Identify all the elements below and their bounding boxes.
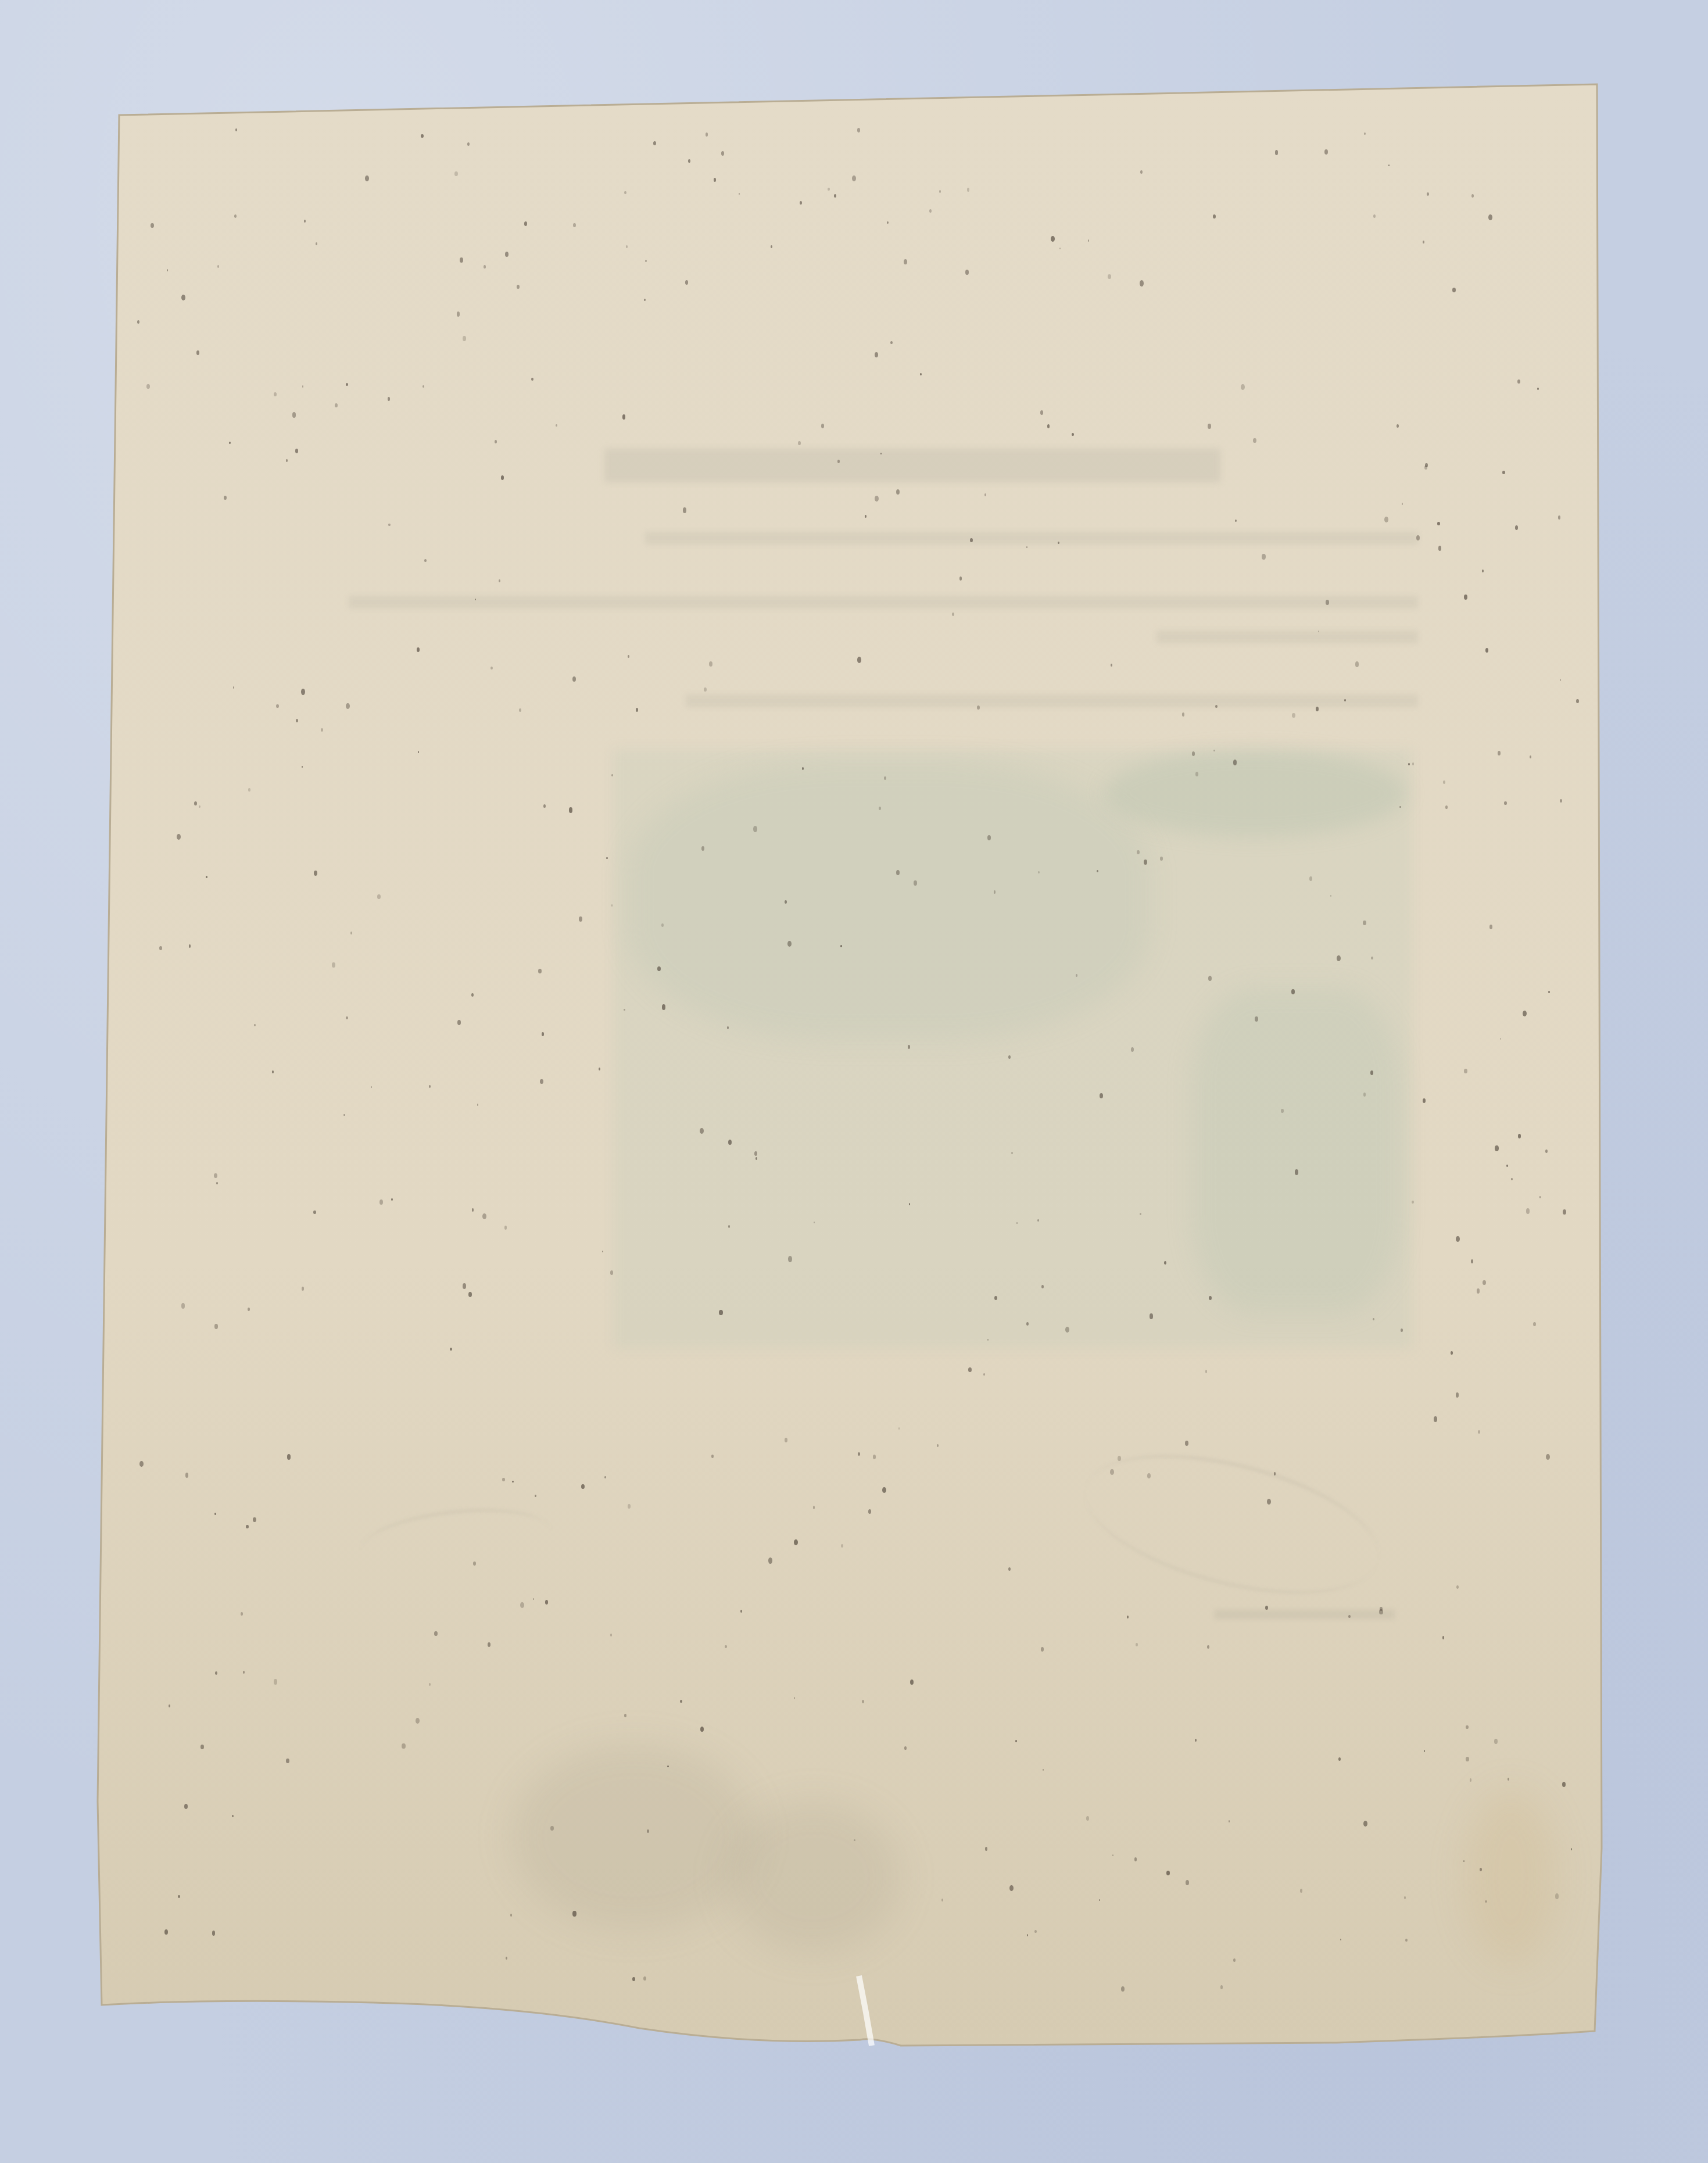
paper-speck	[573, 223, 576, 227]
paper-speck	[967, 188, 970, 192]
paper-speck	[857, 657, 861, 662]
paper-speck	[538, 969, 541, 973]
paper-speck	[350, 932, 352, 934]
paper-speck	[1192, 751, 1195, 756]
paper-speck	[1011, 1152, 1012, 1154]
paper-speck	[904, 1746, 907, 1750]
paper-speck	[1086, 1816, 1089, 1821]
paper-speck	[1494, 1739, 1498, 1743]
paper-speck	[1425, 463, 1427, 467]
paper-speck	[604, 1476, 606, 1478]
bleed-through-text-line	[686, 694, 1418, 707]
paper-speck	[504, 1226, 507, 1230]
paper-speck	[473, 1562, 476, 1566]
paper-speck	[178, 1895, 180, 1898]
paper-speck	[1370, 1070, 1373, 1075]
water-stain	[1464, 1790, 1557, 1964]
paper-speck	[1517, 379, 1520, 384]
paper-speck	[241, 1612, 243, 1616]
paper-speck	[234, 214, 237, 217]
paper-speck	[181, 295, 185, 300]
paper-speck	[490, 667, 492, 669]
paper-speck	[908, 1045, 910, 1048]
paper-speck	[1348, 1615, 1350, 1618]
paper-speck	[512, 1481, 513, 1483]
paper-speck	[1405, 1939, 1408, 1942]
paper-speck	[828, 188, 829, 191]
paper-speck	[434, 1631, 437, 1636]
water-stain	[726, 1802, 901, 1953]
paper-speck	[542, 1032, 544, 1036]
paper-speck	[1412, 762, 1414, 765]
paper-speck	[1437, 522, 1440, 525]
paper-speck	[840, 945, 842, 947]
paper-speck	[253, 1517, 256, 1523]
paper-speck	[794, 1539, 798, 1545]
paper-speck	[421, 134, 423, 138]
paper-speck	[1384, 517, 1388, 522]
paper-speck	[1338, 1757, 1341, 1761]
paper-speck	[1504, 801, 1506, 805]
paper-speck	[1340, 1939, 1341, 1940]
paper-speck	[755, 1157, 757, 1160]
paper-speck	[1470, 1778, 1472, 1782]
paper-speck	[286, 1759, 289, 1764]
paper-speck	[531, 378, 533, 381]
paper-speck	[606, 857, 607, 859]
paper-speck	[1262, 554, 1265, 560]
paper-speck	[457, 1020, 461, 1025]
paper-speck	[1477, 1288, 1480, 1293]
paper-speck	[753, 826, 757, 832]
paper-speck	[1186, 1880, 1189, 1885]
paper-speck	[388, 524, 390, 527]
paper-speck	[785, 900, 787, 904]
paper-speck	[1489, 925, 1492, 929]
paper-speck	[1108, 274, 1111, 279]
paper-speck	[821, 424, 824, 428]
paper-speck	[1182, 712, 1185, 717]
paper-speck	[517, 285, 520, 289]
paper-speck	[550, 1826, 553, 1831]
paper-speck	[706, 132, 708, 137]
paper-speck	[304, 220, 306, 223]
paper-speck	[1027, 1934, 1028, 1936]
paper-speck	[1466, 1725, 1468, 1729]
paper-speck	[335, 403, 338, 407]
paper-speck	[365, 176, 368, 181]
paper-speck	[274, 392, 277, 396]
paper-speck	[1265, 1606, 1268, 1610]
paper-speck	[1373, 1318, 1374, 1320]
paper-speck	[429, 1683, 431, 1686]
paper-speck	[229, 442, 231, 444]
paper-speck	[1166, 1871, 1169, 1875]
paper-speck	[1051, 236, 1055, 242]
paper-speck	[545, 1600, 548, 1605]
paper-speck	[214, 1324, 218, 1328]
paper-speck	[543, 804, 545, 807]
paper-speck	[1495, 1145, 1498, 1151]
paper-speck	[346, 1016, 348, 1019]
paper-speck	[1480, 1868, 1482, 1871]
paper-speck	[214, 1513, 216, 1515]
paper-speck	[1324, 149, 1328, 155]
paper-speck	[1215, 705, 1217, 708]
paper-speck	[1560, 799, 1562, 803]
paper-speck	[332, 962, 335, 967]
paper-speck	[920, 373, 922, 376]
paper-speck	[1526, 1208, 1530, 1214]
paper-speck	[1047, 424, 1050, 428]
paper-speck	[711, 1455, 714, 1458]
paper-speck	[1363, 921, 1366, 926]
paper-speck	[151, 223, 154, 228]
paper-speck	[1043, 1769, 1044, 1771]
paper-speck	[1292, 713, 1295, 718]
paper-speck	[1452, 288, 1455, 292]
paper-speck	[214, 1173, 217, 1178]
paper-speck	[1274, 1472, 1276, 1476]
paper-speck	[1576, 699, 1579, 703]
paper-speck	[1131, 1047, 1134, 1052]
paper-speck	[1009, 1885, 1014, 1891]
paper-speck	[1498, 751, 1501, 755]
paper-speck	[879, 807, 881, 811]
paper-speck	[719, 1310, 722, 1316]
paper-speck	[1515, 525, 1518, 530]
paper-speck	[1118, 1456, 1121, 1461]
paper-speck	[235, 128, 237, 131]
paper-speck	[1127, 1616, 1129, 1618]
paper-speck	[875, 496, 879, 502]
paper-speck	[535, 1495, 536, 1496]
paper-speck	[1423, 241, 1424, 243]
paper-speck	[728, 1140, 732, 1145]
paper-speck	[1464, 1069, 1467, 1073]
paper-speck	[1241, 384, 1245, 390]
paper-speck	[1483, 1280, 1486, 1285]
paper-speck	[685, 280, 688, 285]
paper-speck	[1463, 1860, 1464, 1862]
paper-speck	[1267, 1499, 1271, 1505]
paper-speck	[217, 265, 219, 268]
paper-speck	[768, 1557, 772, 1563]
paper-speck	[1209, 1296, 1212, 1301]
paper-speck	[343, 1114, 345, 1116]
paper-speck	[463, 336, 466, 341]
paper-speck	[1518, 1134, 1521, 1138]
paper-speck	[914, 880, 917, 885]
paper-speck	[292, 412, 296, 418]
paper-speck	[636, 708, 639, 712]
paper-speck	[1291, 989, 1295, 994]
paper-speck	[196, 350, 199, 354]
paper-speck	[1488, 214, 1492, 220]
paper-speck	[1100, 1093, 1103, 1098]
paper-speck	[1065, 1327, 1069, 1333]
paper-speck	[1160, 857, 1162, 861]
paper-speck	[644, 299, 646, 301]
paper-speck	[1533, 1322, 1536, 1326]
paper-speck	[1502, 471, 1505, 475]
paper-speck	[296, 719, 298, 722]
paper-speck	[1037, 1219, 1039, 1222]
paper-speck	[662, 1004, 666, 1010]
paper-speck	[215, 1671, 217, 1675]
paper-speck	[854, 1839, 855, 1842]
bleed-through-caption	[1215, 1610, 1395, 1619]
paper-speck	[1399, 806, 1401, 808]
paper-speck	[206, 876, 207, 878]
paper-speck	[314, 871, 317, 876]
paper-speck	[287, 1454, 291, 1459]
paper-speck	[1213, 750, 1215, 751]
paper-speck	[556, 424, 557, 427]
paper-speck	[468, 1292, 472, 1297]
paper-speck	[1546, 1454, 1550, 1460]
paper-speck	[688, 159, 690, 163]
paper-speck	[1195, 1739, 1197, 1742]
paper-speck	[983, 1373, 984, 1376]
paper-speck	[1571, 1848, 1572, 1850]
paper-speck	[501, 475, 504, 480]
paper-speck	[1412, 1201, 1413, 1204]
paper-speck	[667, 1766, 668, 1768]
paper-speck	[910, 1679, 914, 1685]
paper-speck	[1445, 805, 1448, 809]
paper-speck	[1337, 955, 1341, 961]
bleed-through-image-detail	[1104, 750, 1406, 837]
paper-speck	[1506, 1165, 1508, 1167]
paper-speck	[1253, 438, 1256, 443]
paper-speck	[610, 1634, 612, 1636]
paper-speck	[1545, 1149, 1548, 1153]
paper-speck	[740, 1610, 742, 1613]
paper-speck	[1424, 1750, 1426, 1752]
paper-speck	[862, 1700, 864, 1703]
bleed-through-title	[604, 449, 1220, 482]
paper-speck	[402, 1743, 405, 1749]
paper-speck	[875, 352, 878, 357]
paper-speck	[1041, 1285, 1044, 1288]
paper-speck	[628, 1504, 631, 1509]
bleed-through-image-detail	[1191, 988, 1401, 1313]
paper-speck	[506, 1957, 507, 1959]
paper-speck	[475, 599, 476, 600]
paper-speck	[572, 676, 576, 682]
paper-speck	[909, 1203, 910, 1205]
paper-speck	[246, 1525, 248, 1528]
paper-speck	[798, 441, 801, 445]
paper-speck	[865, 515, 866, 518]
paper-speck	[1408, 763, 1410, 765]
paper-speck	[602, 1251, 603, 1252]
paper-speck	[794, 1697, 795, 1699]
paper-speck	[1530, 755, 1531, 758]
paper-speck	[880, 453, 882, 454]
paper-speck	[457, 311, 460, 316]
paper-speck	[540, 1079, 543, 1084]
paper-speck	[1275, 150, 1279, 155]
paper-speck	[346, 703, 350, 709]
paper-speck	[657, 966, 660, 971]
paper-speck	[377, 894, 380, 899]
bleed-through-text-line	[645, 532, 1418, 545]
paper-speck	[313, 1211, 316, 1214]
paper-speck	[1363, 1821, 1367, 1827]
paper-speck	[274, 1679, 278, 1685]
paper-speck	[1300, 1889, 1302, 1892]
paper-speck	[248, 788, 250, 792]
paper-speck	[502, 1478, 504, 1481]
paper-speck	[424, 559, 427, 562]
paper-speck	[882, 1487, 886, 1493]
bleed-through-text-line	[1156, 631, 1418, 643]
paper-speck	[1058, 542, 1059, 544]
paper-speck	[1434, 1416, 1437, 1422]
paper-speck	[488, 1642, 490, 1647]
paper-speck	[581, 1484, 584, 1489]
paper-speck	[276, 704, 278, 708]
paper-speck	[728, 1225, 730, 1228]
paper-speck	[1110, 1469, 1114, 1475]
bleed-through-image-detail	[628, 761, 1151, 1040]
paper-speck	[977, 706, 980, 710]
paper-speck	[1111, 664, 1112, 666]
paper-speck	[968, 1367, 972, 1372]
paper-speck	[813, 1506, 815, 1509]
paper-speck	[482, 1213, 486, 1219]
paper-speck	[295, 449, 298, 453]
paper-speck	[301, 689, 305, 694]
paper-speck	[1485, 1900, 1487, 1903]
paper-speck	[302, 1287, 304, 1290]
paper-speck	[1511, 1178, 1513, 1180]
paper-speck	[965, 270, 969, 274]
paper-speck	[1208, 424, 1211, 428]
paper-speck	[1427, 192, 1429, 196]
paper-speck	[611, 774, 613, 776]
paper-speck	[184, 1804, 188, 1809]
paper-speck	[626, 245, 628, 248]
paper-speck	[1281, 1109, 1283, 1113]
paper-speck	[1255, 1016, 1258, 1022]
paper-speck	[802, 767, 804, 769]
paper-speck	[248, 1308, 250, 1311]
paper-speck	[177, 834, 181, 840]
paper-speck	[700, 1128, 704, 1134]
paper-speck	[579, 916, 582, 922]
paper-speck	[484, 265, 486, 268]
paper-speck	[1137, 850, 1140, 854]
paper-speck	[1326, 600, 1329, 605]
photo-scene	[0, 0, 1708, 2163]
paper-speck	[624, 1009, 625, 1011]
paper-speck	[472, 1208, 474, 1211]
paper-speck	[987, 1339, 989, 1341]
paper-speck	[624, 191, 626, 194]
paper-speck	[1363, 1093, 1366, 1097]
paper-speck	[286, 459, 288, 461]
paper-speck	[1485, 648, 1488, 653]
paper-speck	[1164, 1261, 1166, 1265]
paper-speck	[463, 1283, 466, 1288]
paper-speck	[725, 1645, 726, 1648]
paper-speck	[1136, 1643, 1138, 1646]
paper-speck	[653, 141, 656, 145]
paper-speck	[929, 209, 932, 213]
paper-speck	[146, 384, 149, 389]
paper-speck	[185, 1473, 189, 1477]
paper-speck	[1451, 1351, 1453, 1355]
paper-speck	[1456, 1585, 1459, 1588]
paper-speck	[898, 1427, 900, 1429]
bleed-through-text-line	[349, 596, 1418, 608]
paper-speck	[199, 805, 200, 808]
paper-speck	[572, 1911, 576, 1916]
paper-speck	[683, 507, 686, 513]
water-stain	[511, 1743, 755, 1929]
paper-speck	[1140, 1213, 1141, 1216]
